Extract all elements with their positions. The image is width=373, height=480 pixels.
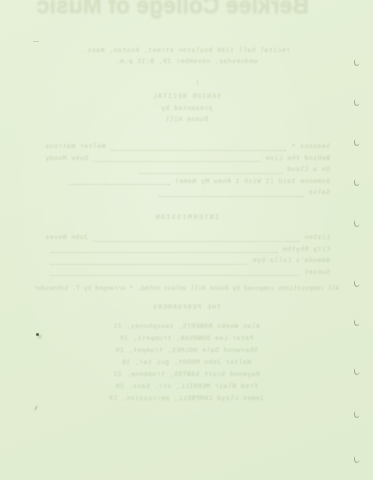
dotted-leader — [159, 196, 303, 197]
piece-title: Behind the Line — [265, 153, 330, 165]
dotted-leader — [110, 150, 286, 151]
performer-line: James Lloyd CAMPBELL, percussion, 19 — [0, 392, 373, 404]
program-item: On a Cloud — [134, 164, 330, 176]
venue-line: recital hall 1140 boylston street, bosto… — [0, 45, 373, 57]
dotted-leader — [68, 184, 170, 185]
ink-speck — [36, 333, 39, 336]
program-item: City Rhythm — [45, 244, 330, 256]
date-line: wednesday, november 29, 8:15 p.m. — [0, 56, 373, 68]
program-item: Someone Said (I Wish I Knew My Name) — [63, 176, 330, 188]
performer-line: Fred Blair MERRILL, str. bass, 20 — [0, 380, 373, 392]
dotted-leader — [50, 264, 247, 265]
program-first-half: Seasons * Walter Watrous Behind the Line… — [45, 141, 330, 199]
piece-title: Amanda's Lulla-bye — [252, 255, 330, 267]
piece-title: Salsa — [308, 187, 330, 199]
program-item: Seasons * Walter Watrous — [45, 141, 330, 153]
composition-footnote: All compositions composed by Duane Hill … — [0, 283, 373, 295]
performer-name: Walter Watrous — [45, 141, 105, 153]
paper-scratch — [33, 41, 39, 42]
performer-line: Alan Weeks ROBERTS, saxophones, 21 — [0, 320, 373, 332]
performers-list: Alan Weeks ROBERTS, saxophones, 21 Peter… — [0, 320, 373, 404]
performer-line: Walter John MOODY, gui tar, 18 — [0, 356, 373, 368]
program-item: Sunset — [45, 267, 330, 279]
scanned-program-page: { "page": { "kind": "scanned recital pro… — [0, 0, 373, 480]
piece-title: Someone Said (I Wish I Knew My Name) — [175, 176, 330, 188]
performer-name: Duke Moody — [45, 153, 88, 165]
dotted-leader — [50, 252, 278, 253]
program-item: Behind the Line Duke Moody — [45, 153, 330, 165]
performer-line: Raymond Scott SANTOS, trombone, 22 — [0, 368, 373, 380]
performers-heading: THE PERFORMERS — [0, 302, 373, 314]
presented-by-line: presented by — [0, 103, 373, 115]
masthead-logo-text: Berklee College of Music — [29, 0, 309, 12]
program-item: Listen John Neves — [45, 232, 330, 244]
piece-title: Sunset — [304, 267, 330, 279]
performer-line: Peter Lee DONOVAN, trumpets, 19 — [0, 332, 373, 344]
performer-name: John Neves — [45, 232, 88, 244]
paper-background: Berklee College of Music recital hall 11… — [0, 0, 373, 480]
stray-tick-mark — [197, 80, 198, 85]
bleed-through-layer: Berklee College of Music recital hall 11… — [0, 0, 373, 480]
piece-title: Listen — [304, 232, 330, 244]
dotted-leader — [93, 161, 260, 162]
dotted-leader — [139, 173, 282, 174]
dotted-leader — [93, 241, 299, 242]
presenter-name: Duane Hill — [0, 114, 373, 126]
program-second-half: Listen John Neves City Rhythm Amanda's L… — [45, 232, 330, 278]
piece-title: Seasons * — [291, 141, 330, 153]
program-item: Amanda's Lulla-bye — [45, 255, 330, 267]
dotted-leader — [50, 275, 299, 276]
program-item: Salsa — [154, 187, 330, 199]
piece-title: On a Cloud — [287, 164, 330, 176]
intermission-heading: INTERMISSION — [0, 212, 373, 224]
recital-heading: SENIOR RECITAL — [0, 91, 373, 103]
piece-title: City Rhythm — [283, 244, 330, 256]
performer-line: Sherwood Dale HOLMES, trumpet, 20 — [0, 344, 373, 356]
